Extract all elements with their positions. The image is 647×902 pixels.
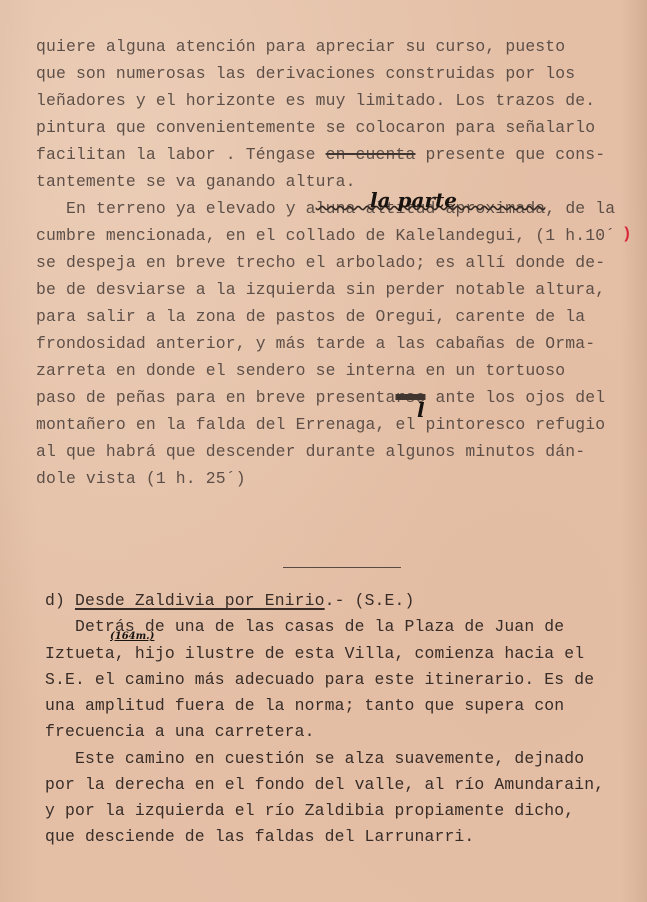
text-line: frecuencia a una carretera.: [45, 722, 315, 742]
text-line: tantemente se va ganando altura.: [36, 172, 356, 192]
section-title: Desde Zaldivia por Enirio: [75, 591, 325, 610]
text-segment: presente que cons-: [415, 145, 605, 164]
typewritten-page: quiere alguna atención para apreciar su …: [0, 0, 647, 902]
text-segment: , de la: [545, 199, 615, 218]
text-line: pintura que convenientemente se colocaro…: [36, 118, 595, 138]
section-direction: .- (S.E.): [325, 591, 415, 610]
struck-text: en cuenta: [326, 145, 416, 164]
text-line: En terreno ya elevado y aluna altitud ap…: [66, 199, 615, 219]
text-line: facilitan la labor . Téngase en cuenta p…: [36, 145, 605, 165]
text-line: al que habrá que descender durante algun…: [36, 442, 585, 462]
text-segment: paso de peñas para en breve presenta: [36, 388, 396, 407]
handwritten-insertion: la parte: [370, 188, 457, 212]
text-line: paso de peñas para en breve presentarse …: [36, 388, 605, 408]
text-segment: En terreno ya elevado y a: [66, 199, 316, 218]
text-line: quiere alguna atención para apreciar su …: [36, 37, 565, 57]
text-segment: facilitan la labor . Téngase: [36, 145, 326, 164]
text-line: se despeja en breve trecho el arbolado; …: [36, 253, 605, 273]
text-line: Este camino en cuestión se alza suavemen…: [45, 749, 584, 769]
text-line: para salir a la zona de pastos de Oregui…: [36, 307, 585, 327]
section-divider: [283, 567, 401, 568]
text-line: por la derecha en el fondo del valle, al…: [45, 775, 604, 795]
text-line: be de desviarse a la izquierda sin perde…: [36, 280, 605, 300]
text-segment: ante los ojos del: [425, 388, 605, 407]
text-line: montañero en la falda del Errenaga, el p…: [36, 415, 605, 435]
text-line: S.E. el camino más adecuado para este it…: [45, 670, 594, 690]
text-line: que desciende de las faldas del Larrunar…: [45, 827, 474, 847]
handwritten-altitude-note: (164m.): [110, 631, 154, 642]
red-correction-mark: ): [622, 225, 632, 243]
text-line: cumbre mencionada, en el collado de Kale…: [36, 226, 615, 246]
text-line: zarreta en donde el sendero se interna e…: [36, 361, 565, 381]
text-line: frondosidad anterior, y más tarde a las …: [36, 334, 595, 354]
handwritten-correction: l: [417, 398, 425, 422]
text-line: que son numerosas las derivaciones const…: [36, 64, 575, 84]
section-marker: d): [45, 591, 75, 610]
text-line: Iztueta, hijo ilustre de esta Villa, com…: [45, 644, 584, 664]
text-line: una amplitud fuera de la norma; tanto qu…: [45, 696, 564, 716]
text-line: leñadores y el horizonte es muy limitado…: [36, 91, 595, 111]
text-line: dole vista (1 h. 25´): [36, 469, 246, 489]
section-heading: d) Desde Zaldivia por Enirio.- (S.E.): [45, 591, 415, 611]
text-line: y por la izquierda el río Zaldibia propi…: [45, 801, 574, 821]
